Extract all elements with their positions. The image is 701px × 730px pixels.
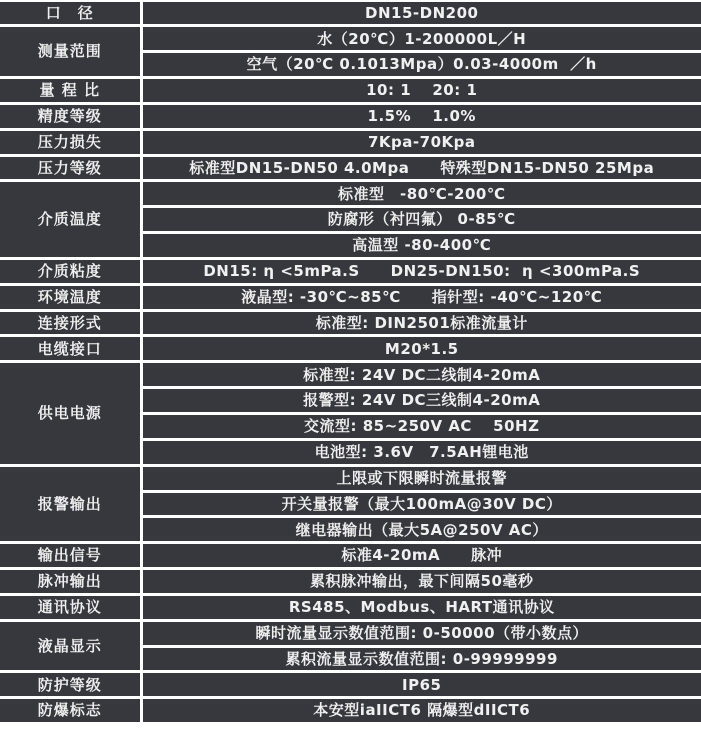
spec-label: 测量范围 bbox=[0, 26, 141, 78]
table-row: 供电电源标准型: 24V DC二线制4-20mA bbox=[0, 362, 701, 388]
table-row: 脉冲输出累积脉冲输出，最下间隔50毫秒 bbox=[0, 569, 701, 595]
spec-value: 累积流量显示数值范围: 0-99999999 bbox=[141, 646, 701, 672]
table-row: 输出信号标准4-20mA 脉冲 bbox=[0, 543, 701, 569]
spec-value: 标准型DN15-DN50 4.0Mpa 特殊型DN15-DN50 25Mpa bbox=[141, 155, 701, 181]
spec-value: 报警型: 24V DC三线制4-20mA bbox=[141, 388, 701, 414]
spec-value: 标准型 -80℃-200℃ bbox=[141, 181, 701, 207]
table-row: 压力损失7Kpa-70Kpa bbox=[0, 129, 701, 155]
spec-value: 累积脉冲输出，最下间隔50毫秒 bbox=[141, 569, 701, 595]
spec-label: 输出信号 bbox=[0, 543, 141, 569]
table-row: 压力等级标准型DN15-DN50 4.0Mpa 特殊型DN15-DN50 25M… bbox=[0, 155, 701, 181]
spec-label: 报警输出 bbox=[0, 465, 141, 543]
spec-sheet-page: 口 径DN15-DN200测量范围水（20℃）1-200000L／H空气（20℃… bbox=[0, 0, 701, 730]
spec-value: 10: 1 20: 1 bbox=[141, 78, 701, 104]
spec-label: 压力损失 bbox=[0, 129, 141, 155]
table-row: 精度等级1.5% 1.0% bbox=[0, 103, 701, 129]
table-row: 通讯协议RS485、Modbus、HART通讯协议 bbox=[0, 594, 701, 620]
table-row: 介质粘度DN15: η <5mPa.S DN25-DN150: η <300mP… bbox=[0, 258, 701, 284]
spec-value: 防腐形（衬四氟） 0-85℃ bbox=[141, 207, 701, 233]
spec-label: 精度等级 bbox=[0, 103, 141, 129]
spec-value: M20*1.5 bbox=[141, 336, 701, 362]
spec-label: 防爆标志 bbox=[0, 698, 141, 722]
spec-label: 连接形式 bbox=[0, 310, 141, 336]
spec-value: DN15: η <5mPa.S DN25-DN150: η <300mPa.S bbox=[141, 258, 701, 284]
spec-value: 空气（20℃ 0.1013Mpa）0.03-4000m ／h bbox=[141, 52, 701, 78]
spec-value: IP65 bbox=[141, 672, 701, 698]
spec-label: 供电电源 bbox=[0, 362, 141, 465]
spec-value: 开关量报警（最大100mA@30V DC） bbox=[141, 491, 701, 517]
table-row: 量 程 比10: 1 20: 1 bbox=[0, 78, 701, 104]
spec-value: 标准4-20mA 脉冲 bbox=[141, 543, 701, 569]
spec-value: 水（20℃）1-200000L／H bbox=[141, 26, 701, 52]
spec-label: 通讯协议 bbox=[0, 594, 141, 620]
spec-value: 标准型: DIN2501标准流量计 bbox=[141, 310, 701, 336]
spec-value: 1.5% 1.0% bbox=[141, 103, 701, 129]
spec-value: 上限或下限瞬时流量报警 bbox=[141, 465, 701, 491]
table-row: 测量范围水（20℃）1-200000L／H bbox=[0, 26, 701, 52]
spec-value: DN15-DN200 bbox=[141, 2, 701, 26]
spec-value: 高温型 -80-400℃ bbox=[141, 233, 701, 259]
spec-table: 口 径DN15-DN200测量范围水（20℃）1-200000L／H空气（20℃… bbox=[0, 2, 701, 722]
spec-label: 量 程 比 bbox=[0, 78, 141, 104]
table-row: 报警输出上限或下限瞬时流量报警 bbox=[0, 465, 701, 491]
table-row: 连接形式标准型: DIN2501标准流量计 bbox=[0, 310, 701, 336]
spec-value: 电池型: 3.6V 7.5AH锂电池 bbox=[141, 439, 701, 465]
spec-label: 液晶显示 bbox=[0, 620, 141, 672]
table-row: 液晶显示瞬时流量显示数值范围: 0-50000（带小数点） bbox=[0, 620, 701, 646]
spec-label: 介质粘度 bbox=[0, 258, 141, 284]
spec-table-body: 口 径DN15-DN200测量范围水（20℃）1-200000L／H空气（20℃… bbox=[0, 2, 701, 722]
table-row: 口 径DN15-DN200 bbox=[0, 2, 701, 26]
table-row: 防爆标志本安型iaIICT6 隔爆型dIICT6 bbox=[0, 698, 701, 722]
spec-label: 口 径 bbox=[0, 2, 141, 26]
spec-label: 环境温度 bbox=[0, 284, 141, 310]
spec-value: 液晶型: -30℃~85℃ 指针型: -40℃~120℃ bbox=[141, 284, 701, 310]
spec-value: RS485、Modbus、HART通讯协议 bbox=[141, 594, 701, 620]
spec-label: 脉冲输出 bbox=[0, 569, 141, 595]
table-row: 电缆接口M20*1.5 bbox=[0, 336, 701, 362]
spec-label: 防护等级 bbox=[0, 672, 141, 698]
spec-value: 瞬时流量显示数值范围: 0-50000（带小数点） bbox=[141, 620, 701, 646]
spec-value: 交流型: 85~250V AC 50HZ bbox=[141, 414, 701, 440]
table-row: 介质温度标准型 -80℃-200℃ bbox=[0, 181, 701, 207]
spec-label: 电缆接口 bbox=[0, 336, 141, 362]
spec-value: 7Kpa-70Kpa bbox=[141, 129, 701, 155]
spec-value: 标准型: 24V DC二线制4-20mA bbox=[141, 362, 701, 388]
spec-label: 压力等级 bbox=[0, 155, 141, 181]
spec-value: 本安型iaIICT6 隔爆型dIICT6 bbox=[141, 698, 701, 722]
spec-label: 介质温度 bbox=[0, 181, 141, 259]
table-row: 环境温度液晶型: -30℃~85℃ 指针型: -40℃~120℃ bbox=[0, 284, 701, 310]
spec-value: 继电器输出（最大5A@250V AC） bbox=[141, 517, 701, 543]
table-row: 防护等级IP65 bbox=[0, 672, 701, 698]
